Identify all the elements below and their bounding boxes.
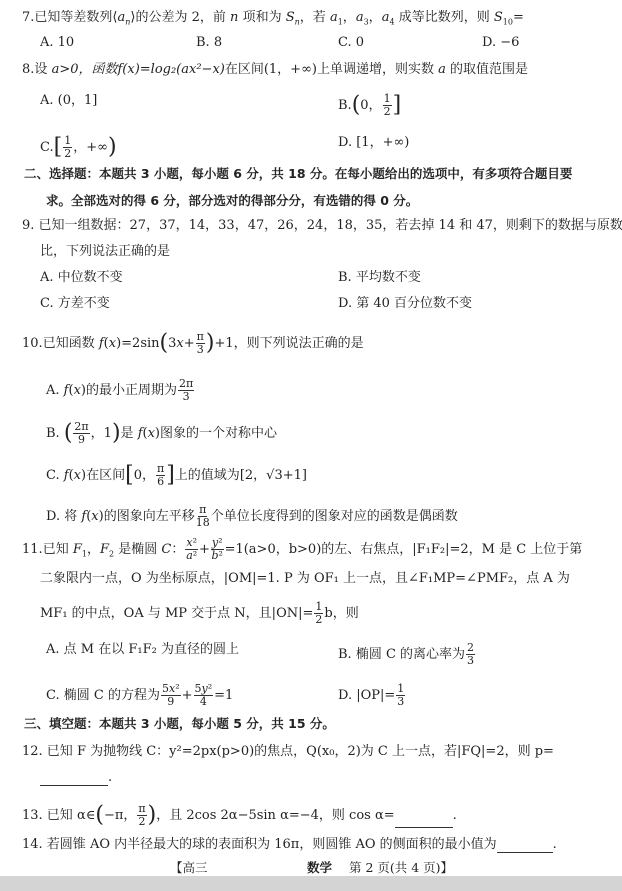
q10-option-d: D. 将 f(x)的图象向左平移π18个单位长度得到的图象对应的函数是偶函数 [46, 504, 458, 529]
q11-option-c: C. 椭圆 C 的方程为5x²9+5y²4=1 [46, 683, 233, 708]
q10-option-b: B. (2π9，1)是 f(x)图象的一个对称中心 [46, 421, 277, 446]
q8-option-d: D. [1，+∞) [338, 135, 409, 151]
question-14-stem: 14. 若圆锥 AO 内半径最大的球的表面积为 16π，则圆锥 AO 的侧面积的… [22, 837, 557, 853]
q12-answer-blank[interactable] [40, 773, 108, 786]
footer-subject: 数学 [307, 858, 332, 876]
q9-option-b: B. 平均数不变 [338, 270, 421, 286]
question-7-stem: 7.已知等差数列⟨an⟩的公差为 2，前 n 项和为 Sn，若 a1，a3，a4… [22, 10, 524, 26]
q8-option-a: A. (0，1] [40, 93, 97, 109]
q9-option-a: A. 中位数不变 [40, 270, 123, 286]
q7-option-b: B. 8 [196, 35, 222, 51]
question-12-stem: 12. 已知 F 为抛物线 C：y²=2px(p>0)的焦点，Q(x₀，2)为 … [22, 744, 554, 760]
q14-answer-blank[interactable] [497, 840, 553, 853]
question-11-line3: MF₁ 的中点，OA 与 MP 交于点 N，且|ON|=12b，则 [40, 601, 359, 626]
q7-option-c: C. 0 [338, 35, 364, 51]
q9-option-d: D. 第 40 百分位数不变 [338, 296, 472, 312]
q10-option-a: A. f(x)的最小正周期为2π3 [46, 378, 195, 403]
page-bottom-edge [0, 876, 622, 891]
question-9-stem-line1: 9. 已知一组数据：27，37，14，33，47，26，24，18，35，若去掉… [22, 218, 622, 234]
q7-option-d: D. −6 [482, 35, 519, 51]
q11-option-d: D. |OP|=13 [338, 683, 406, 708]
section-2-header-line1: 二、选择题：本题共 3 小题，每小题 6 分，共 18 分。在每小题给出的选项中… [24, 166, 572, 182]
q12-answer-line: . [40, 770, 112, 786]
q13-answer-blank[interactable] [395, 815, 453, 828]
q8-option-c: C.[12，+∞) [40, 135, 117, 160]
question-8-stem: 8.设 a>0，函数f(x)=log₂(ax²−x)在区间(1，+∞)上单调递增… [22, 62, 528, 78]
q8-option-b: B.(0，12] [338, 93, 401, 118]
footer-page-info: 第 2 页(共 4 页)】 [349, 858, 453, 876]
question-13-stem: 13. 已知 α∈(−π，π2)，且 2cos 2α−5sin α=−4，则 c… [22, 803, 457, 828]
section-3-header: 三、填空题：本题共 3 小题，每小题 5 分，共 15 分。 [24, 716, 335, 732]
question-10-stem: 10.已知函数 f(x)=2sin(3x+π3)+1，则下列说法正确的是 [22, 331, 364, 356]
question-11-line1: 11.已知 F1，F2 是椭圆 C：x²a²+y²b²=1(a>0，b>0)的左… [22, 537, 582, 562]
q10-option-c: C. f(x)在区间[0，π6]上的值域为[2，√3+1] [46, 463, 307, 488]
section-2-header-line2: 求。全部选对的得 6 分，部分选对的得部分分，有选错的得 0 分。 [46, 193, 418, 209]
q7-option-a: A. 10 [40, 35, 74, 51]
q9-option-c: C. 方差不变 [40, 296, 110, 312]
q11-option-b: B. 椭圆 C 的离心率为23 [338, 642, 476, 667]
footer-grade: 【高三 [170, 858, 208, 876]
question-11-line2: 二象限内一点，O 为坐标原点，|OM|=1. P 为 OF₁ 上一点，且∠F₁M… [40, 571, 570, 587]
q11-option-a: A. 点 M 在以 F₁F₂ 为直径的圆上 [46, 642, 239, 658]
question-9-stem-line2: 比，下列说法正确的是 [40, 244, 170, 260]
exam-page: 7.已知等差数列⟨an⟩的公差为 2，前 n 项和为 Sn，若 a1，a3，a4… [0, 0, 622, 874]
